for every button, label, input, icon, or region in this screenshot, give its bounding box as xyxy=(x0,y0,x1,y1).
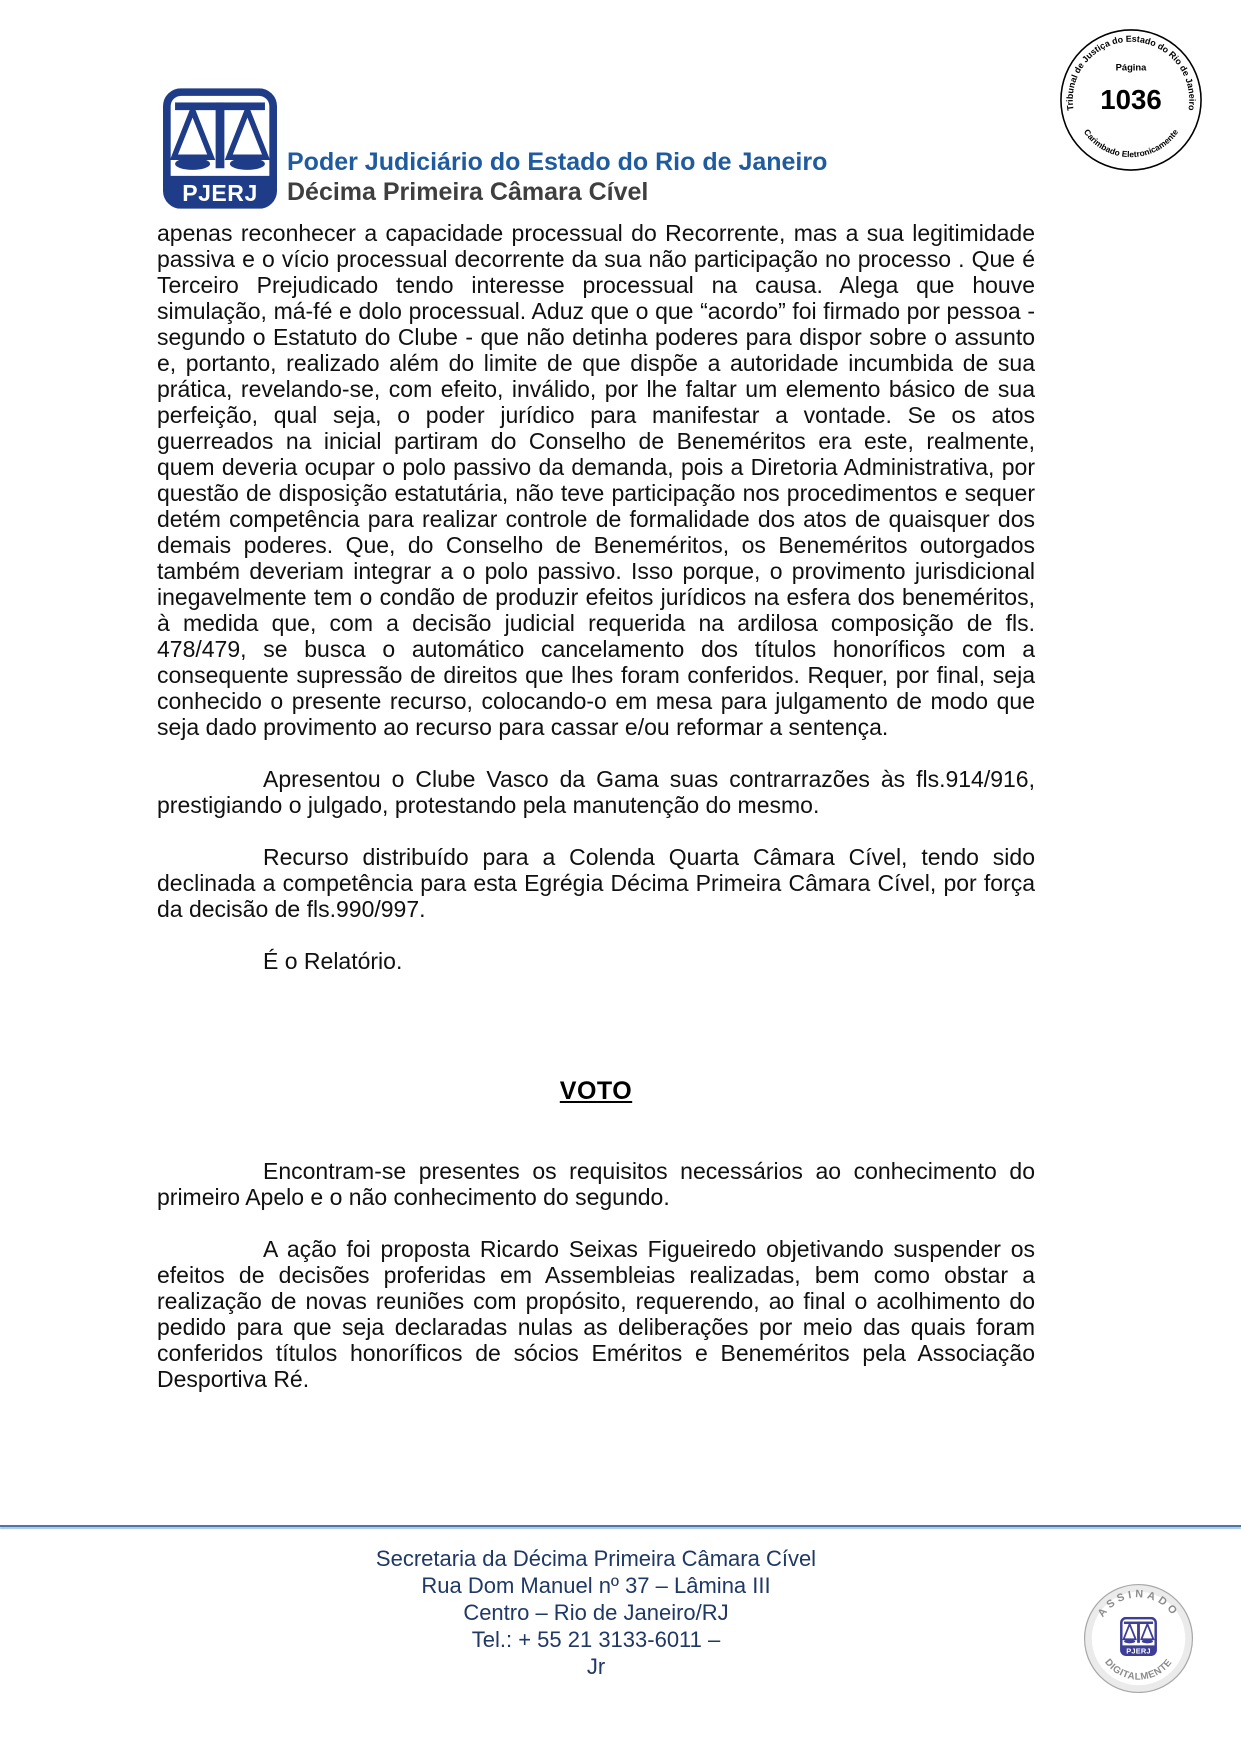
pjerj-logo xyxy=(163,88,277,209)
paragraph: É o Relatório. xyxy=(157,948,1035,974)
seal-mini-pjerj-logo xyxy=(1121,1618,1155,1655)
letterhead: Poder Judiciário do Estado do Rio de Jan… xyxy=(163,88,827,209)
footer-address-block: Secretaria da Décima Primeira Câmara Cív… xyxy=(157,1545,1035,1680)
digital-signature-seal: ASSINADO DIGITALMENTE xyxy=(1082,1582,1195,1695)
letterhead-text: Poder Judiciário do Estado do Rio de Jan… xyxy=(287,147,827,209)
organization-name: Poder Judiciário do Estado do Rio de Jan… xyxy=(287,147,827,177)
footer-line-initials: Jr xyxy=(157,1653,1035,1680)
paragraph: Recurso distribuído para a Colenda Quart… xyxy=(157,844,1035,922)
paragraph: apenas reconhecer a capacidade processua… xyxy=(157,220,1035,740)
footer-line-secretaria: Secretaria da Décima Primeira Câmara Cív… xyxy=(157,1545,1035,1572)
paragraph: A ação foi proposta Ricardo Seixas Figue… xyxy=(157,1236,1035,1392)
footer-divider-line xyxy=(0,1525,1241,1527)
voto-section-heading: VOTO xyxy=(157,1078,1035,1104)
page-number: 1036 xyxy=(1100,84,1161,115)
department-name: Décima Primeira Câmara Cível xyxy=(287,177,827,207)
electronic-page-stamp: Tribunal de Justiça do Estado do Rio de … xyxy=(1057,26,1205,174)
footer-line-phone: Tel.: + 55 21 3133-6011 – xyxy=(157,1626,1035,1653)
document-body: apenas reconhecer a capacidade processua… xyxy=(157,220,1035,1418)
paragraph: Apresentou o Clube Vasco da Gama suas co… xyxy=(157,766,1035,818)
footer-line-street: Rua Dom Manuel nº 37 – Lâmina III xyxy=(157,1572,1035,1599)
document-page: Tribunal de Justiça do Estado do Rio de … xyxy=(0,0,1241,1755)
page-number-label: Página xyxy=(1116,62,1147,72)
footer-line-city: Centro – Rio de Janeiro/RJ xyxy=(157,1599,1035,1626)
paragraph: Encontram-se presentes os requisitos nec… xyxy=(157,1158,1035,1210)
